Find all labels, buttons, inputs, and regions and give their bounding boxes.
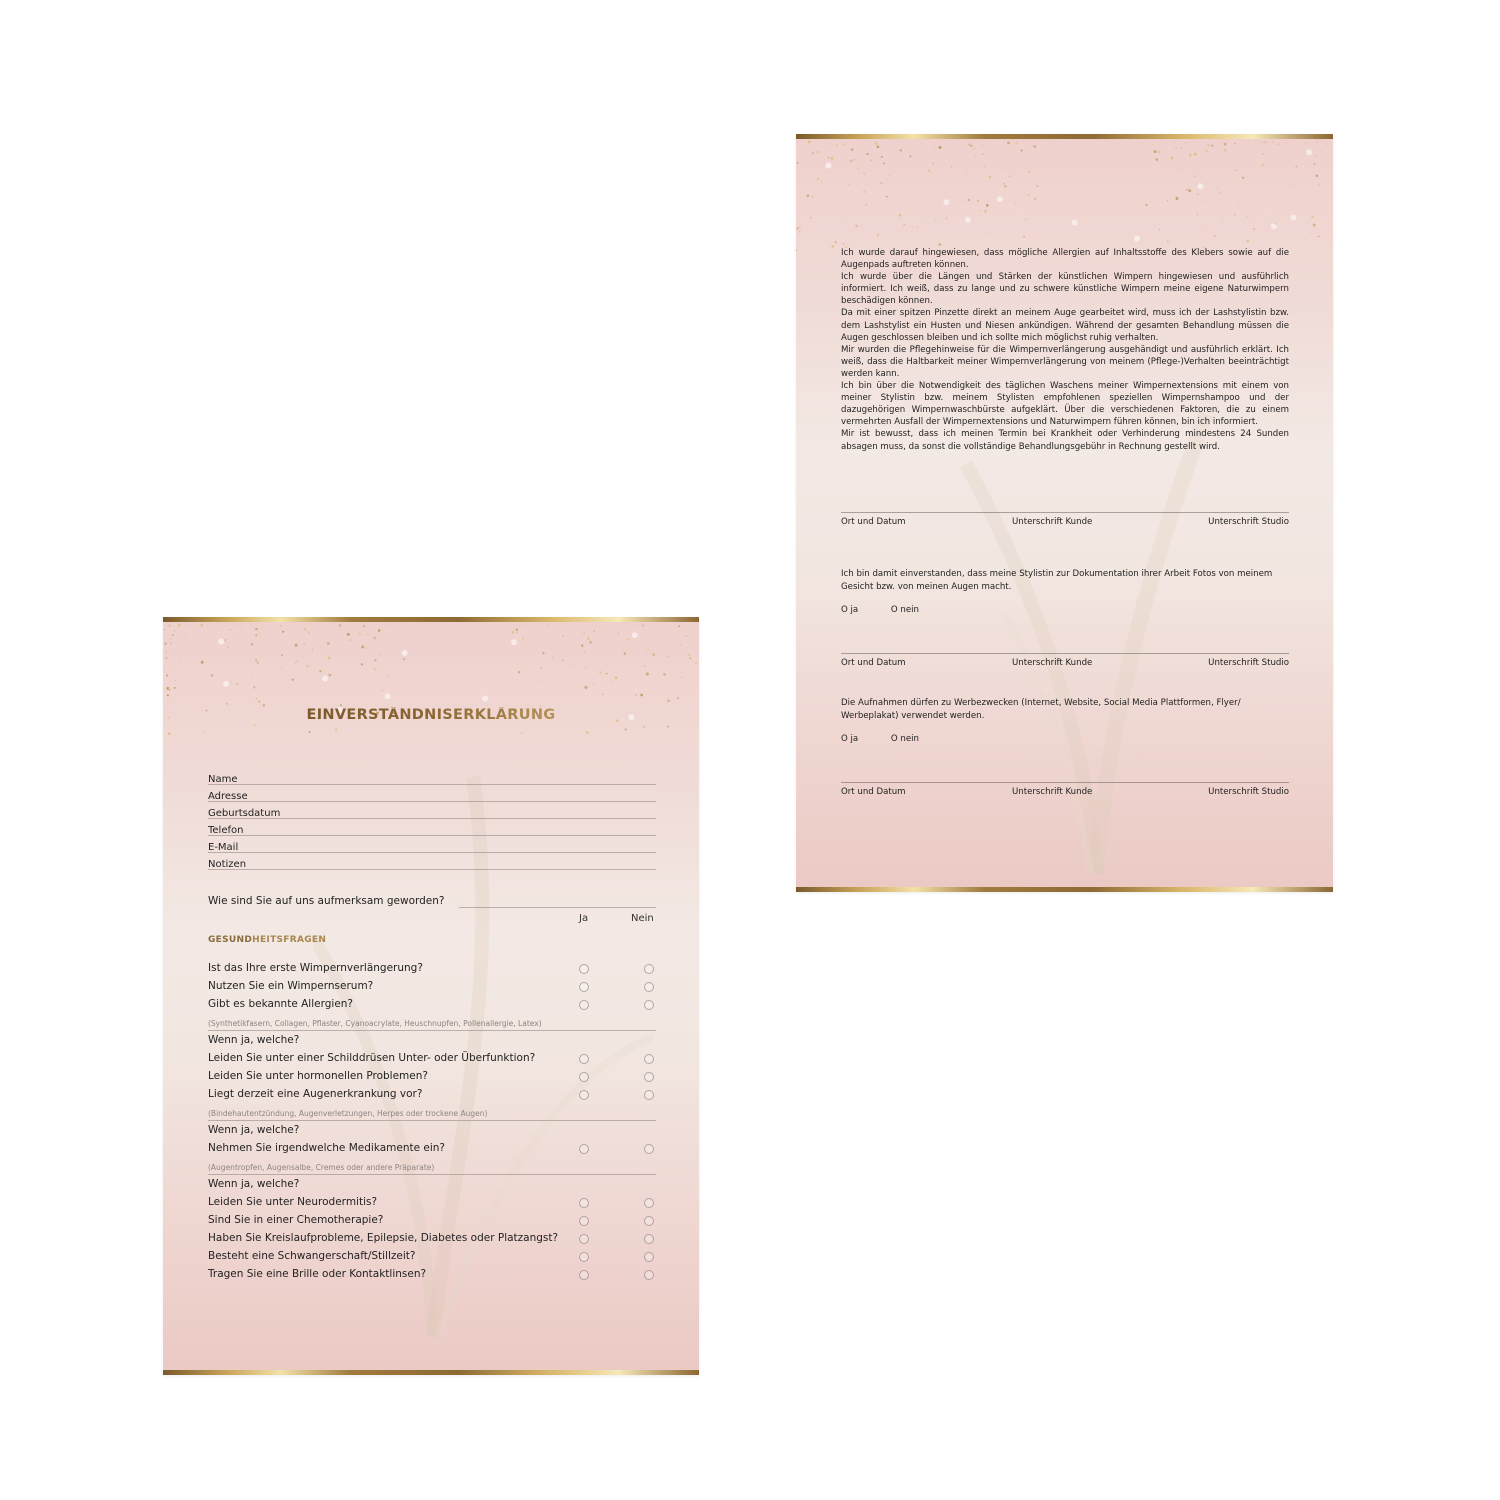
studio-signature-label: Unterschrift Studio <box>1208 658 1289 668</box>
client-signature-label: Unterschrift Kunde <box>1012 658 1092 668</box>
heading-part-2: HEITSFRAGEN <box>252 935 326 945</box>
yes-radio[interactable] <box>579 1054 589 1064</box>
health-question: Sind Sie in einer Chemotherapie? <box>208 1214 383 1226</box>
field-input-line[interactable] <box>208 835 656 836</box>
health-question: Liegt derzeit eine Augenerkrankung vor? <box>208 1088 422 1100</box>
no-radio[interactable] <box>644 1072 654 1082</box>
advertising-consent-yes[interactable]: O ja <box>841 734 858 744</box>
health-question: Leiden Sie unter hormonellen Problemen? <box>208 1070 428 1082</box>
no-radio[interactable] <box>644 1252 654 1262</box>
health-questions-heading: GESUNDHEITSFRAGEN <box>208 935 326 945</box>
followup-question: Wenn ja, welche? <box>208 1124 299 1136</box>
photo-consent-yes[interactable]: O ja <box>841 605 858 615</box>
followup-question: Wenn ja, welche? <box>208 1034 299 1046</box>
yes-radio[interactable] <box>579 1144 589 1154</box>
advertising-consent-text: Die Aufnahmen dürfen zu Werbezwecken (In… <box>841 697 1289 722</box>
terms-text: Ich wurde darauf hingewiesen, dass mögli… <box>841 247 1289 453</box>
heading-part-1: GESUND <box>208 935 252 945</box>
place-date-label: Ort und Datum <box>841 658 906 668</box>
question-hint: (Augentropfen, Augensalbe, Cremes oder a… <box>208 1163 434 1172</box>
photo-consent-options: O ja O nein <box>841 605 949 615</box>
question-hint: (Bindehautentzündung, Augenverletzungen,… <box>208 1109 487 1118</box>
yes-radio[interactable] <box>579 982 589 992</box>
place-date-label: Ort und Datum <box>841 787 906 797</box>
field-label: Telefon <box>208 825 243 836</box>
health-question: Leiden Sie unter einer Schilddrüsen Unte… <box>208 1052 535 1064</box>
no-radio[interactable] <box>644 1054 654 1064</box>
health-question: Nehmen Sie irgendwelche Medikamente ein? <box>208 1142 445 1154</box>
field-input-line[interactable] <box>208 852 656 853</box>
no-radio[interactable] <box>644 1234 654 1244</box>
health-question: Besteht eine Schwangerschaft/Stillzeit? <box>208 1250 415 1262</box>
consent-form-page-1: EINVERSTÄNDNISERKLÄRUNG NameAdresseGebur… <box>163 617 699 1375</box>
health-question: Haben Sie Kreislaufprobleme, Epilepsie, … <box>208 1232 558 1244</box>
signature-line[interactable] <box>841 653 1289 654</box>
photo-consent-no[interactable]: O nein <box>891 605 919 615</box>
signature-line[interactable] <box>841 782 1289 783</box>
field-input-line[interactable] <box>208 801 656 802</box>
terms-paragraph: Mir ist bewusst, dass ich meinen Termin … <box>841 428 1289 452</box>
field-input-line[interactable] <box>208 784 656 785</box>
field-telefon[interactable]: Telefon <box>208 821 656 838</box>
health-question: Tragen Sie eine Brille oder Kontaktlinse… <box>208 1268 426 1280</box>
field-label: Notizen <box>208 859 246 870</box>
no-column-header: Nein <box>631 913 654 924</box>
signature-line[interactable] <box>841 512 1289 513</box>
field-label: Geburtsdatum <box>208 808 280 819</box>
no-radio[interactable] <box>644 1090 654 1100</box>
followup-answer-line[interactable] <box>208 1030 656 1031</box>
field-name[interactable]: Name <box>208 770 656 787</box>
field-label: E-Mail <box>208 842 238 853</box>
form-title: EINVERSTÄNDNISERKLÄRUNG <box>163 707 699 723</box>
no-radio[interactable] <box>644 1000 654 1010</box>
field-label: Name <box>208 774 238 785</box>
studio-signature-label: Unterschrift Studio <box>1208 787 1289 797</box>
field-adresse[interactable]: Adresse <box>208 787 656 804</box>
gold-foil-bottom-border <box>163 1370 699 1375</box>
field-input-line[interactable] <box>208 869 656 870</box>
terms-paragraph: Mir wurden die Pflegehinweise für die Wi… <box>841 344 1289 380</box>
question-hint: (Synthetikfasern, Collagen, Pflaster, Cy… <box>208 1019 542 1028</box>
terms-paragraph: Ich wurde über die Längen und Stärken de… <box>841 271 1289 307</box>
yes-radio[interactable] <box>579 964 589 974</box>
consent-form-page-2: Ich wurde darauf hingewiesen, dass mögli… <box>796 134 1333 892</box>
yes-column-header: Ja <box>579 913 588 924</box>
no-radio[interactable] <box>644 1270 654 1280</box>
yes-radio[interactable] <box>579 1072 589 1082</box>
field-e-mail[interactable]: E-Mail <box>208 838 656 855</box>
advertising-consent-options: O ja O nein <box>841 734 949 744</box>
place-date-label: Ort und Datum <box>841 517 906 527</box>
referral-input-line[interactable] <box>459 907 656 908</box>
field-notizen[interactable]: Notizen <box>208 855 656 872</box>
terms-paragraph: Ich bin über die Notwendigkeit des tägli… <box>841 380 1289 428</box>
followup-question: Wenn ja, welche? <box>208 1178 299 1190</box>
no-radio[interactable] <box>644 1144 654 1154</box>
health-question: Ist das Ihre erste Wimpernverlängerung? <box>208 962 423 974</box>
yes-radio[interactable] <box>579 1000 589 1010</box>
studio-signature-label: Unterschrift Studio <box>1208 517 1289 527</box>
no-radio[interactable] <box>644 982 654 992</box>
no-radio[interactable] <box>644 1216 654 1226</box>
client-signature-label: Unterschrift Kunde <box>1012 517 1092 527</box>
referral-question: Wie sind Sie auf uns aufmerksam geworden… <box>208 895 445 907</box>
followup-answer-line[interactable] <box>208 1120 656 1121</box>
yes-radio[interactable] <box>579 1252 589 1262</box>
client-signature-label: Unterschrift Kunde <box>1012 787 1092 797</box>
no-radio[interactable] <box>644 964 654 974</box>
yes-radio[interactable] <box>579 1216 589 1226</box>
glitter-decoration <box>163 617 699 757</box>
gold-foil-bottom-border <box>796 887 1333 892</box>
yes-radio[interactable] <box>579 1090 589 1100</box>
gold-foil-top-border <box>796 134 1333 139</box>
yes-radio[interactable] <box>579 1234 589 1244</box>
terms-paragraph: Da mit einer spitzen Pinzette direkt an … <box>841 307 1289 343</box>
health-question: Nutzen Sie ein Wimpernserum? <box>208 980 373 992</box>
no-radio[interactable] <box>644 1198 654 1208</box>
photo-consent-text: Ich bin damit einverstanden, dass meine … <box>841 568 1289 593</box>
field-geburtsdatum[interactable]: Geburtsdatum <box>208 804 656 821</box>
terms-paragraph: Ich wurde darauf hingewiesen, dass mögli… <box>841 247 1289 271</box>
yes-radio[interactable] <box>579 1270 589 1280</box>
yes-radio[interactable] <box>579 1198 589 1208</box>
field-label: Adresse <box>208 791 248 802</box>
followup-answer-line[interactable] <box>208 1174 656 1175</box>
health-question: Gibt es bekannte Allergien? <box>208 998 353 1010</box>
gold-foil-top-border <box>163 617 699 622</box>
health-question: Leiden Sie unter Neurodermitis? <box>208 1196 377 1208</box>
advertising-consent-no[interactable]: O nein <box>891 734 919 744</box>
